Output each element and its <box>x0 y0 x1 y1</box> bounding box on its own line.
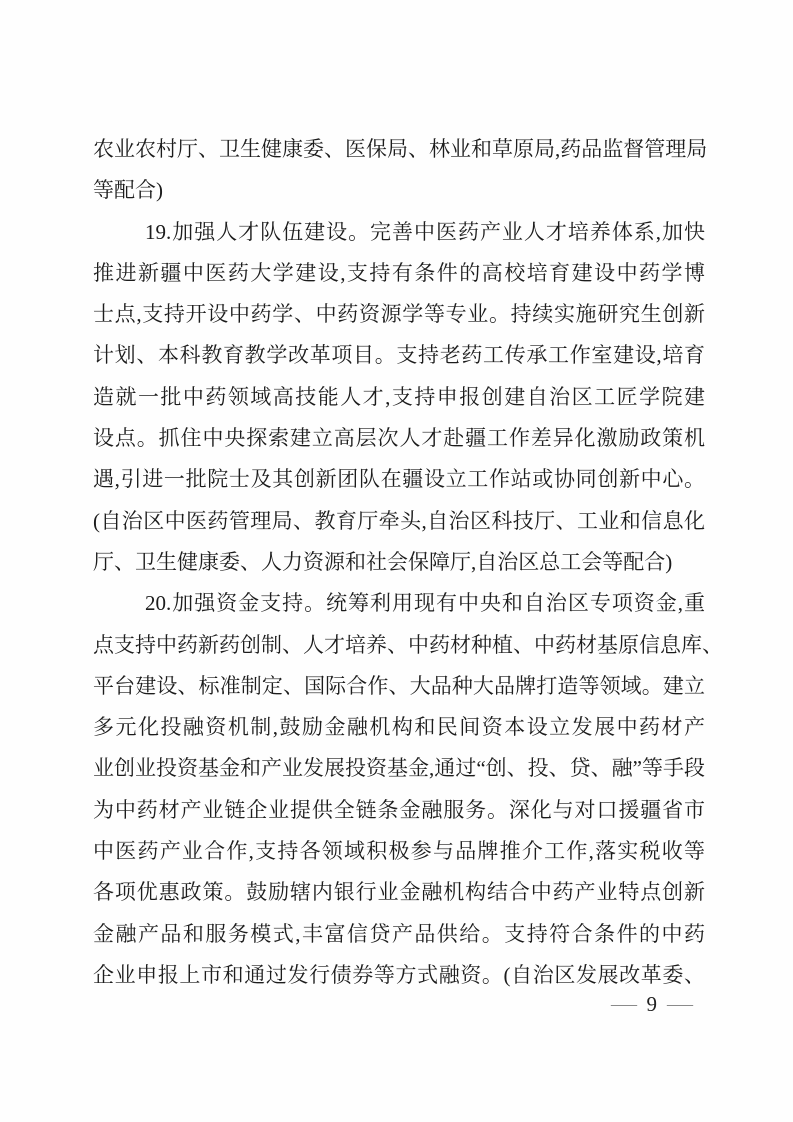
text-line: 遇,引进一批院士及其创新团队在疆设立工作站或协同创新中心。 <box>93 459 705 500</box>
text-line-item-20-start: 20.加强资金支持。统筹利用现有中央和自治区专项资金,重 <box>93 583 705 624</box>
text-line: 点支持中药新药创制、人才培养、中药材种植、中药材基原信息库、 <box>93 625 705 666</box>
text-line: 计划、本科教育教学改革项目。支持老药工传承工作室建设,培育 <box>93 335 705 376</box>
text-line: 造就一批中药领域高技能人才,支持申报创建自治区工匠学院建 <box>93 377 705 418</box>
text-line: (自治区中医药管理局、教育厅牵头,自治区科技厅、工业和信息化 <box>93 501 705 542</box>
text-line: 农业农村厅、卫生健康委、医保局、林业和草原局,药品监督管理局 <box>93 129 705 170</box>
page-number-dash-right: — <box>667 993 693 1016</box>
text-line: 平台建设、标准制定、国际合作、大品种大品牌打造等领域。建立 <box>93 666 705 707</box>
text-line: 推进新疆中医药大学建设,支持有条件的高校培育建设中药学博 <box>93 253 705 294</box>
text-line: 为中药材产业链企业提供全链条金融服务。深化与对口援疆省市 <box>93 790 705 831</box>
text-line: 多元化投融资机制,鼓励金融机构和民间资本设立发展中药材产 <box>93 707 705 748</box>
text-line: 业创业投资基金和产业发展投资基金,通过“创、投、贷、融”等手段 <box>93 748 705 789</box>
text-line: 金融产品和服务模式,丰富信贷产品供给。支持符合条件的中药 <box>93 914 705 955</box>
text-line: 士点,支持开设中药学、中药资源学等专业。持续实施研究生创新 <box>93 294 705 335</box>
text-line: 等配合) <box>93 170 705 211</box>
document-body-text: 农业农村厅、卫生健康委、医保局、林业和草原局,药品监督管理局 等配合) 19.加… <box>93 129 705 996</box>
text-line: 各项优惠政策。鼓励辖内银行业金融机构结合中药产业特点创新 <box>93 872 705 913</box>
text-line: 中医药产业合作,支持各领域积极参与品牌推介工作,落实税收等 <box>93 831 705 872</box>
text-line-item-19-start: 19.加强人才队伍建设。完善中医药产业人才培养体系,加快 <box>93 212 705 253</box>
text-line: 厅、卫生健康委、人力资源和社会保障厅,自治区总工会等配合) <box>93 542 705 583</box>
page-number-dash-left: — <box>611 993 637 1016</box>
page-number: — 9 — <box>614 990 691 1018</box>
text-line: 设点。抓住中央探索建立高层次人才赴疆工作差异化激励政策机 <box>93 418 705 459</box>
page-number-value: 9 <box>647 992 658 1017</box>
document-page: 农业农村厅、卫生健康委、医保局、林业和草原局,药品监督管理局 等配合) 19.加… <box>0 0 793 1122</box>
